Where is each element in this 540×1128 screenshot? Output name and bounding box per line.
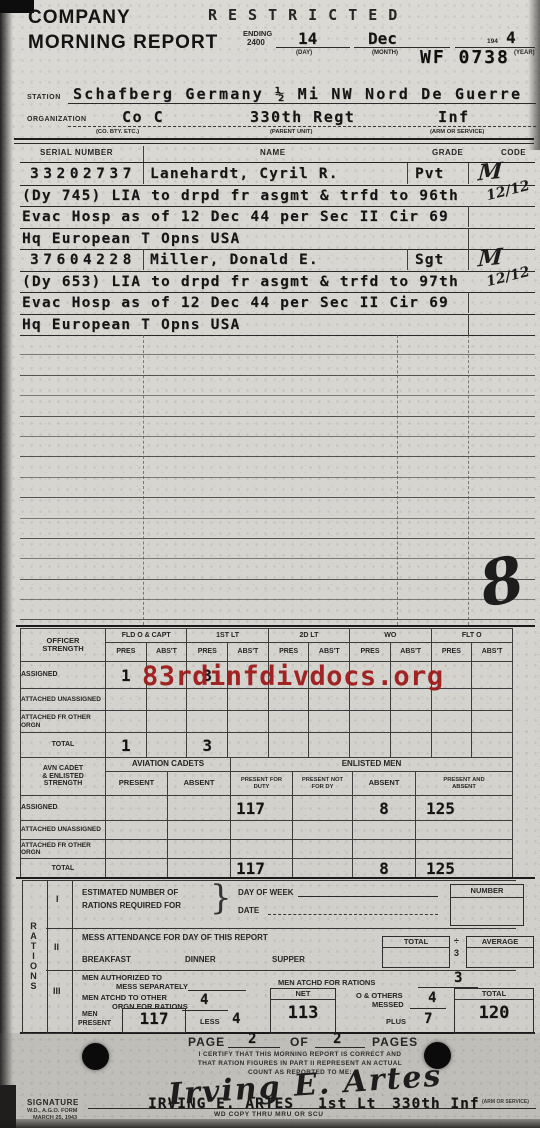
- enlisted-cell: [293, 840, 353, 859]
- roster-col-grade: GRADE: [432, 149, 463, 157]
- entry-remark: Evac Hosp as of 12 Dec 44 per Sec II Cir…: [22, 209, 449, 225]
- rations-row-divider: [46, 928, 516, 929]
- men-present-line1: MEN: [82, 1011, 98, 1018]
- officer-cell: [228, 711, 269, 733]
- men-present-box: 117: [122, 1008, 186, 1033]
- officer-cell: [309, 711, 350, 733]
- enlisted-subhead: PRESENT NOT FOR DY: [293, 772, 353, 796]
- enlisted-cell: [168, 821, 231, 840]
- officer-cell: [472, 733, 513, 758]
- enlisted-cell: [231, 840, 293, 859]
- number-box: NUMBER: [450, 884, 524, 926]
- enlisted-group-enlisted: ENLISTED MEN: [231, 758, 513, 772]
- officer-subhead-pres: PRES: [431, 643, 472, 662]
- brace-glyph: }: [210, 878, 232, 918]
- roster-row: 33202737 Lanehardt, Cyril R. Pvt M: [20, 163, 535, 186]
- enlisted-group-cadets: AVIATION CADETS: [106, 758, 231, 772]
- mess-average-box: AVERAGE: [466, 936, 534, 968]
- entry-remark: (Dy 653) LIA to drpd fr asgmt & trfd to …: [22, 274, 459, 290]
- officer-cell: [431, 733, 472, 758]
- officer-cell: [350, 733, 391, 758]
- date-day-sub: (DAY): [296, 50, 312, 56]
- date-year-sub: (YEAR): [514, 50, 535, 56]
- enlisted-cell: [416, 840, 513, 859]
- blank-roster-row: [20, 437, 535, 457]
- enlisted-row-label: ASSIGNED: [21, 796, 106, 821]
- officer-cell: 1: [106, 662, 147, 689]
- ending-time: 2400: [247, 39, 265, 47]
- net-label: NET: [271, 989, 335, 1000]
- blank-roster-row: [20, 559, 535, 579]
- divide-sign: ÷: [454, 937, 459, 946]
- entry-grade: Sgt: [415, 252, 444, 268]
- entry-code-mark: M: [477, 244, 503, 273]
- form-title-line1: COMPANY: [28, 8, 131, 28]
- blank-roster-row: [20, 478, 535, 498]
- net-value: 113: [271, 1000, 335, 1023]
- copy-routing-note: WD COPY THRU MRU OR SCU: [214, 1112, 324, 1119]
- rations-section: RATIONS I II III ESTIMATED NUMBER OF RAT…: [20, 880, 535, 1034]
- officer-cell: [472, 689, 513, 711]
- rations-numeral-column: I II III: [46, 880, 73, 1034]
- date-day-line: [276, 30, 350, 48]
- organization-line: [68, 109, 536, 127]
- roster-bottom-rule: [16, 625, 535, 627]
- auth-mess-line2: MESS SEPARATELY: [116, 983, 188, 991]
- blank-column-rule: [468, 335, 469, 625]
- net-box: NET 113: [270, 988, 336, 1034]
- enlisted-subhead: PRESENT: [106, 772, 168, 796]
- enlisted-cell: 125: [416, 859, 513, 879]
- site-watermark: 83rdinfdivdocs.org: [142, 661, 444, 692]
- enlisted-row-label: TOTAL: [21, 859, 106, 879]
- enlisted-subhead: PRESENT FOR DUTY: [231, 772, 293, 796]
- others-line1: O & OTHERS: [356, 992, 403, 1000]
- roster-row: Evac Hosp as of 12 Dec 44 per Sec II Cir…: [20, 206, 535, 229]
- classification-banner: RESTRICTED: [208, 8, 408, 24]
- roster-header: SERIAL NUMBER NAME GRADE CODE: [20, 146, 535, 163]
- roster-sep: [143, 249, 144, 270]
- roster-col-serial: SERIAL NUMBER: [40, 149, 113, 157]
- rations-total-label: TOTAL: [455, 989, 533, 1000]
- officer-cell: [146, 711, 187, 733]
- roster-header-sep: [143, 146, 144, 162]
- officer-strength-table: OFFICER STRENGTH FLD O & CAPT 1ST LT 2D …: [20, 628, 513, 758]
- blank-roster-row: [20, 519, 535, 539]
- officer-group: WO: [350, 629, 431, 643]
- roster-sep: [468, 249, 469, 270]
- officer-cell: 3: [187, 733, 228, 758]
- atchd-other-line1: MEN ATCHD TO OTHER: [82, 994, 167, 1002]
- officer-cell: [472, 711, 513, 733]
- enlisted-cell: [293, 796, 353, 821]
- officer-group: FLT O: [431, 629, 512, 643]
- rations-numeral-3: III: [53, 987, 61, 996]
- ending-label: ENDING: [243, 30, 272, 38]
- officer-cell: [228, 733, 269, 758]
- roster-row: Evac Hosp as of 12 Dec 44 per Sec II Cir…: [20, 292, 535, 315]
- entry-grade: Pvt: [415, 166, 444, 182]
- enlisted-cell: [168, 796, 231, 821]
- scan-edge-top-right: [528, 0, 540, 150]
- roster-row: (Dy 653) LIA to drpd fr asgmt & trfd to …: [20, 271, 535, 294]
- date-month-line: [354, 30, 450, 48]
- mess-total-box: TOTAL: [382, 936, 450, 968]
- officer-row-label: ASSIGNED: [21, 662, 106, 689]
- blank-roster-row: [20, 539, 535, 559]
- rations-estimated-line1: ESTIMATED NUMBER OF: [82, 889, 178, 897]
- form-title-line2: MORNING REPORT: [28, 33, 218, 53]
- enlisted-corner-line2: & ENLISTED: [42, 773, 84, 780]
- org-arm-sub: (ARM OR SERVICE): [430, 129, 484, 135]
- roster-sep: [143, 163, 144, 184]
- morning-report-scan: RESTRICTED COMPANY MORNING REPORT ENDING…: [0, 0, 540, 1128]
- plus-value: 7: [424, 1011, 432, 1027]
- station-label: STATION: [27, 94, 61, 101]
- atchd-rations-line: [418, 977, 478, 988]
- officer-cell: [309, 733, 350, 758]
- officer-row-label: ATTACHED FR OTHER ORGN: [21, 711, 106, 733]
- signature-unit-sub: (ARM OR SERVICE): [482, 1100, 529, 1105]
- blank-roster-row: [20, 417, 535, 437]
- date-line-label: DATE: [238, 907, 259, 915]
- officer-cell: [390, 711, 431, 733]
- enlisted-cell: 117: [231, 796, 293, 821]
- roster-sep: [468, 314, 469, 335]
- roster-col-name: NAME: [260, 149, 286, 157]
- scan-edge-left: [0, 0, 13, 1128]
- officer-cell: [268, 711, 309, 733]
- enlisted-cell: 117: [231, 859, 293, 879]
- officer-group: 1ST LT: [187, 629, 268, 643]
- officer-subhead-abst: ABS'T: [390, 643, 431, 662]
- mess-total-label: TOTAL: [383, 937, 449, 948]
- plus-label: PLUS: [386, 1018, 406, 1026]
- blank-roster-row: [20, 600, 535, 620]
- officer-group: FLD O & CAPT: [106, 629, 187, 643]
- enlisted-cell: [353, 840, 416, 859]
- form-id-line1: W.D., A.G.O. FORM: [27, 1109, 77, 1115]
- divide-by: 3: [454, 949, 459, 958]
- enlisted-subhead: PRESENT AND ABSENT: [416, 772, 513, 796]
- page-number-line: [228, 1034, 280, 1048]
- officer-subhead-abst: ABS'T: [228, 643, 269, 662]
- date-year-line: [455, 30, 535, 48]
- officer-subhead-pres: PRES: [187, 643, 228, 662]
- grid-stamp: WF 0738: [420, 47, 510, 68]
- officer-cell: [106, 711, 147, 733]
- blank-roster-row: [20, 498, 535, 518]
- officer-subhead-abst: ABS'T: [146, 643, 187, 662]
- blank-roster-row: [20, 396, 535, 416]
- officer-cell: [431, 711, 472, 733]
- roster-sep: [468, 292, 469, 313]
- certify-line1: I CERTIFY THAT THIS MORNING REPORT IS CO…: [150, 1052, 450, 1059]
- page-total-line: [315, 1034, 365, 1048]
- officer-cell: [350, 711, 391, 733]
- roster-sep: [407, 163, 408, 184]
- atchd-rations-value: 3: [454, 970, 462, 986]
- officer-subhead-pres: PRES: [268, 643, 309, 662]
- roster-sep: [468, 163, 469, 184]
- entry-name: Miller, Donald E.: [150, 252, 319, 268]
- auth-mess-line1: MEN AUTHORIZED TO: [82, 974, 162, 982]
- enlisted-strength-table: AVN CADET & ENLISTED STRENGTH AVIATION C…: [20, 757, 513, 879]
- auth-mess-line-blank: [188, 980, 246, 991]
- atchd-other-value: 4: [200, 992, 208, 1008]
- enlisted-cell: 125: [416, 796, 513, 821]
- blank-roster-row: [20, 355, 535, 375]
- enlisted-corner-line1: AVN CADET: [43, 765, 83, 772]
- mess-attendance-title: MESS ATTENDANCE FOR DAY OF THIS REPORT: [82, 934, 268, 942]
- org-parent-sub: (PARENT UNIT): [270, 129, 312, 135]
- entry-name: Lanehardt, Cyril R.: [150, 166, 339, 182]
- enlisted-row-label: ATTACHED FR OTHER ORGN: [21, 840, 106, 859]
- day-of-week-label: DAY OF WEEK: [238, 889, 294, 897]
- blank-roster-row: [20, 580, 535, 600]
- page-label: PAGE: [188, 1036, 225, 1049]
- officer-corner-label: OFFICER STRENGTH: [21, 629, 106, 662]
- officer-row-label: ATTACHED UNASSIGNED: [21, 689, 106, 711]
- enlisted-cell: [416, 821, 513, 840]
- enlisted-corner-label: AVN CADET & ENLISTED STRENGTH: [21, 758, 106, 796]
- officer-group: 2D LT: [268, 629, 349, 643]
- officer-cell: [268, 733, 309, 758]
- men-present-value: 117: [123, 1009, 185, 1028]
- station-line: [68, 86, 536, 104]
- roster-row: (Dy 745) LIA to drpd fr asgmt & trfd to …: [20, 185, 535, 208]
- enlisted-cell: [106, 859, 168, 879]
- enlisted-cell: [353, 821, 416, 840]
- enlisted-cell: [168, 840, 231, 859]
- pages-label: PAGES: [372, 1036, 418, 1049]
- enlisted-corner-line3: STRENGTH: [44, 780, 83, 787]
- enlisted-subhead: ABSENT: [353, 772, 416, 796]
- roster-row: Hq European T Opns USA: [20, 228, 535, 251]
- officer-cell: [146, 733, 187, 758]
- rations-vertical-label: RATIONS: [23, 881, 47, 1031]
- entry-code-mark: M: [477, 158, 503, 187]
- enlisted-cell: 8: [353, 859, 416, 879]
- rations-top-rule: [46, 880, 516, 881]
- blank-roster-section: [20, 335, 535, 625]
- enlisted-subhead: ABSENT: [168, 772, 231, 796]
- form-id-line2: MARCH 25, 1943: [33, 1116, 77, 1122]
- punch-hole: [82, 1043, 109, 1070]
- men-present-line2: PRESENT: [78, 1020, 111, 1027]
- signature-label: SIGNATURE: [27, 1099, 79, 1107]
- page-of-label: OF: [290, 1036, 309, 1049]
- others-line2: MESSED: [372, 1001, 404, 1009]
- roster-row: 37604228 Miller, Donald E. Sgt M: [20, 249, 535, 272]
- roster-row: Hq European T Opns USA: [20, 314, 535, 337]
- date-month-sub: (MONTH): [372, 50, 398, 56]
- officer-subhead-abst: ABS'T: [472, 643, 513, 662]
- enlisted-cell: [231, 821, 293, 840]
- roster-sep: [468, 206, 469, 227]
- blank-roster-row: [20, 376, 535, 396]
- dinner-label: DINNER: [185, 956, 216, 964]
- enlisted-cell: 8: [353, 796, 416, 821]
- day-of-week-line: [298, 884, 438, 897]
- less-label: LESS: [200, 1018, 220, 1026]
- blank-column-rule: [143, 335, 144, 625]
- enlisted-cell: [293, 821, 353, 840]
- date-line: [268, 902, 438, 915]
- org-unit-sub: (CO. BTY. ETC.): [96, 129, 139, 135]
- rations-numeral-2: II: [54, 943, 59, 952]
- entry-serial: 33202737: [30, 166, 136, 182]
- enlisted-cell: [293, 859, 353, 879]
- breakfast-label: BREAKFAST: [82, 956, 131, 964]
- rations-total-box: TOTAL 120: [454, 988, 534, 1034]
- mess-average-label: AVERAGE: [467, 937, 533, 948]
- entry-serial: 37604228: [30, 252, 136, 268]
- roster-col-code: CODE: [501, 149, 526, 157]
- roster-sep: [468, 228, 469, 249]
- rations-row-divider: [46, 970, 516, 971]
- roster-sep: [407, 249, 408, 270]
- enlisted-cell: [106, 840, 168, 859]
- blank-column-rule: [397, 335, 398, 625]
- officer-cell: [187, 711, 228, 733]
- less-value: 4: [232, 1011, 240, 1027]
- enlisted-cell: [106, 821, 168, 840]
- blank-roster-row: [20, 335, 535, 355]
- enlisted-bottom-rule: [16, 877, 535, 879]
- officer-subhead-pres: PRES: [350, 643, 391, 662]
- entry-remark: Hq European T Opns USA: [22, 231, 240, 247]
- blank-roster-row: [20, 457, 535, 477]
- enlisted-cell: [168, 859, 231, 879]
- rations-total-value: 120: [455, 1000, 533, 1023]
- officer-cell: [106, 689, 147, 711]
- officer-cell: [390, 733, 431, 758]
- entry-remark: (Dy 745) LIA to drpd fr asgmt & trfd to …: [22, 188, 459, 204]
- rations-letter-column: RATIONS: [22, 880, 48, 1034]
- rations-numeral-1: I: [56, 895, 59, 904]
- officer-corner-line2: STRENGTH: [42, 644, 83, 653]
- enlisted-row-label: ATTACHED UNASSIGNED: [21, 821, 106, 840]
- officer-subhead-abst: ABS'T: [309, 643, 350, 662]
- number-box-label: NUMBER: [451, 885, 523, 898]
- officer-cell: 1: [106, 733, 147, 758]
- atchd-rations-label: MEN ATCHD FOR RATIONS: [278, 979, 375, 987]
- officer-row-label: TOTAL: [21, 733, 106, 758]
- rations-estimated-line2: RATIONS REQUIRED FOR: [82, 902, 181, 910]
- entry-remark: Evac Hosp as of 12 Dec 44 per Sec II Cir…: [22, 295, 449, 311]
- enlisted-cell: [106, 796, 168, 821]
- header-divider: [14, 138, 534, 144]
- officer-subhead-pres: PRES: [106, 643, 147, 662]
- entry-remark: Hq European T Opns USA: [22, 317, 240, 333]
- officer-cell: [472, 662, 513, 689]
- others-value: 4: [428, 990, 436, 1006]
- signature-typed-unit: 330th Inf: [392, 1096, 480, 1112]
- supper-label: SUPPER: [272, 956, 305, 964]
